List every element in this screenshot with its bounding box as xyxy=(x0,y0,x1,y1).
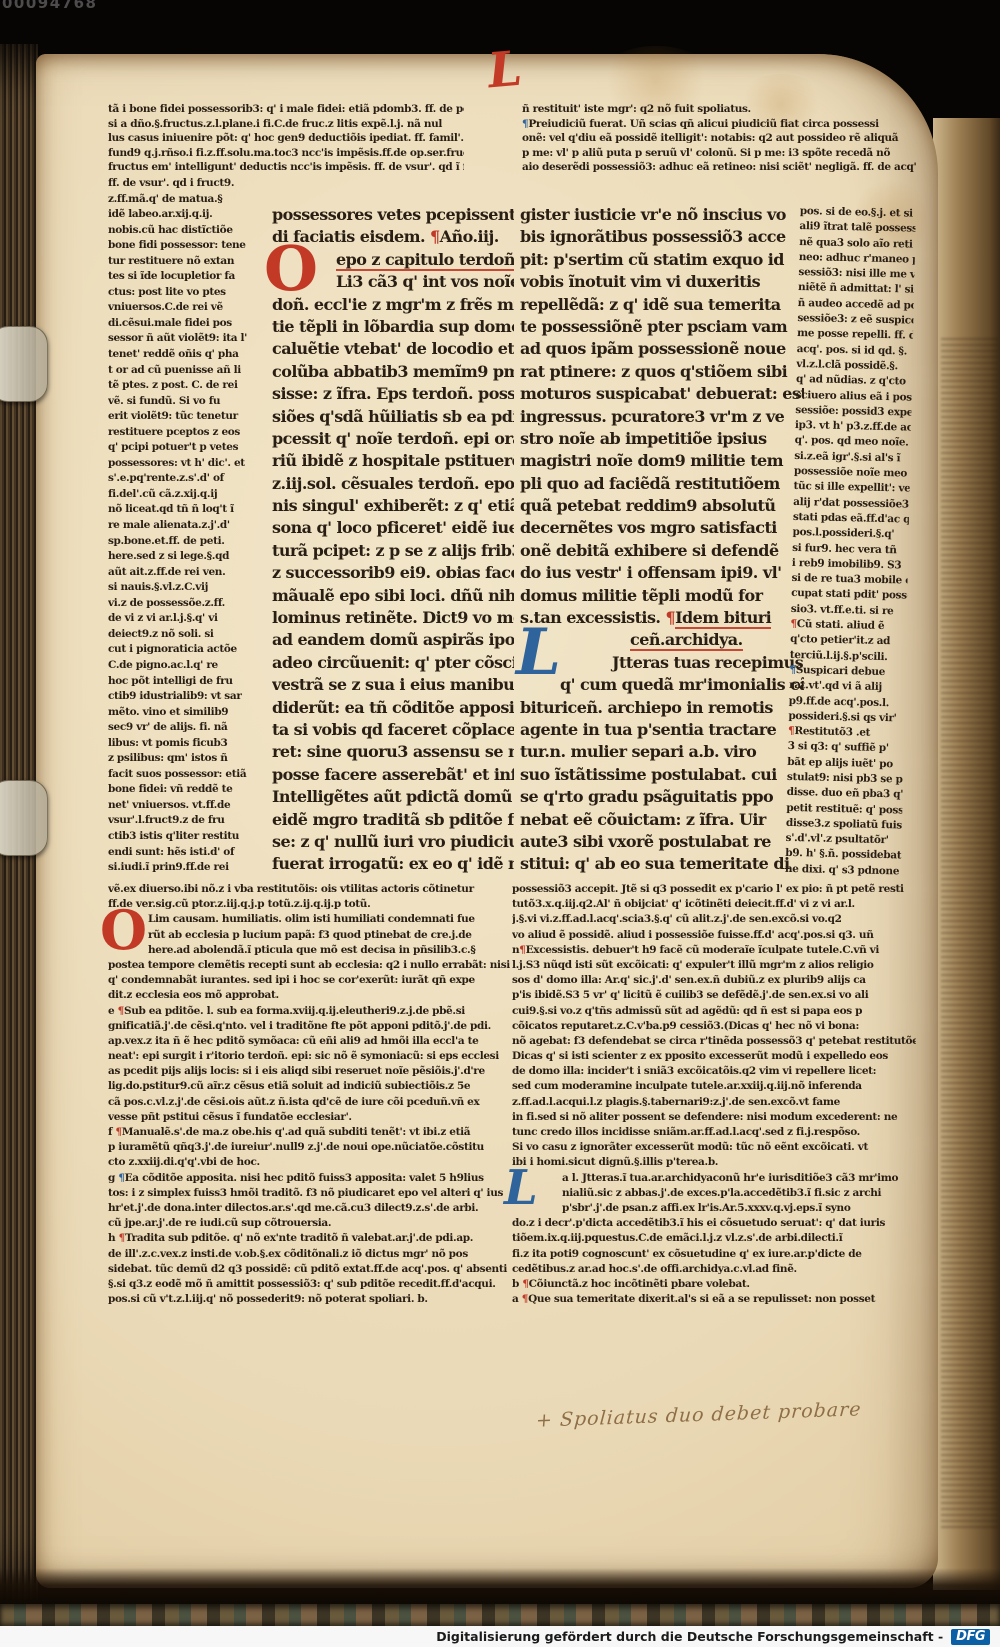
text-line: ta si vobis qd faceret cõplace xyxy=(272,719,514,741)
text-line: stro noĩe ab impetitiõe ipsius xyxy=(520,428,804,450)
text-line: facit suos possessor: etiã xyxy=(108,767,274,783)
text-line: deiect9.z nõ soli. si xyxy=(108,627,274,643)
handwritten-marginalia: + Spoliatus duo debet probare xyxy=(535,1398,862,1431)
text-line: se: z q' nullũ iuri vro piudiciu3 xyxy=(272,831,514,853)
blue-initial-L-gloss: L xyxy=(504,1164,538,1212)
text-line: do.z i decr'.p'dicta accedẽtib3.ĩ his ei… xyxy=(512,1216,916,1231)
text-line: j.§.vi vi.z.ff.ad.l.acq'.scia3.§.q' cũ a… xyxy=(512,912,916,927)
text-line: si a dño.§.fructus.z.l.plane.i fi.C.de f… xyxy=(108,117,464,132)
book-tail-shadow xyxy=(0,1568,1000,1606)
text-line: onẽ: vel q'diu eã possidẽ itelligit': no… xyxy=(522,131,916,146)
gloss-left-column: ff. de vsur'. qd i fruct9.z.ff.mã.q' de … xyxy=(108,176,274,876)
text-line: nõ agebat: f3 defendebat se circa r'tinẽ… xyxy=(512,1034,916,1049)
text-line: cto z.xxiij.di.q'q'.vbi de hoc. xyxy=(108,1155,512,1170)
text-line: idẽ labeo.ar.xij.q.ij. xyxy=(108,207,274,223)
text-line: bis ignorãtibus possessiõ3 acce xyxy=(520,226,804,248)
text-line: Lim causam. humiliatis. olim isti humili… xyxy=(108,912,512,927)
text-line: caluẽtie vtebat' de locodio et de xyxy=(272,338,514,360)
text-line: z successorib9 ei9. obias faceret xyxy=(272,562,514,584)
text-line: moturos suspicabat' debuerat: est xyxy=(520,383,804,405)
main-text-right-column: gister iusticie vr'e nõ inscius vobis ig… xyxy=(520,204,804,876)
text-line: pcessit q' noĩe terdoñ. epi orato xyxy=(272,428,514,450)
text-line: endi sunt: hẽs isti.d' of xyxy=(108,845,274,861)
rubricated-initial-O-gloss: O xyxy=(100,906,147,954)
text-line: te possessiõnẽ pter psciam vam xyxy=(520,316,804,338)
text-line: tẽ ptes. z post. C. de rei xyxy=(108,378,274,394)
text-line: dit.z ecclesia eos mõ approbat. xyxy=(108,988,512,1003)
text-line: turã pcipet: z p se z alijs frib3 ei xyxy=(272,540,514,562)
text-line: cõicatos reputaret.z.C.v'ba.p9 cessiõ3.(… xyxy=(512,1019,916,1034)
scanned-book-page: L tã i bone fidei possessorib3: q' i mal… xyxy=(0,0,1000,1647)
text-line: p iuramẽtũ qñq3.j'.de iureiur'.null9 z.j… xyxy=(108,1140,512,1155)
vellum-index-tab xyxy=(0,780,48,856)
scan-frame-number: 00094768 xyxy=(2,0,98,12)
text-line: h ¶Tradita sub pditõe. q' nõ ex'nte trad… xyxy=(108,1231,512,1246)
folio-mark: L xyxy=(486,41,525,100)
gloss-right-column: pos. si de eo.§.j. et siali9 ĩtrat talẽ … xyxy=(785,204,916,880)
text-line: pos.si cũ v't.z.l.iij.q' nõ possederit9:… xyxy=(108,1292,512,1307)
text-line: ceñ.archidya. xyxy=(520,629,804,651)
dfg-logo: DFG xyxy=(951,1629,990,1645)
text-line: tur.n. mulier separi a.b. viro xyxy=(520,741,804,763)
text-line: cui9.§.si vo.z q'tñs admissũ sũt ad agẽd… xyxy=(512,1004,916,1019)
text-line: lus casus iniuenire põt: q' hoc gen9 ded… xyxy=(108,131,464,146)
text-line: sos d' domo illa: Ar.q' sic.j'.d' sen.ex… xyxy=(512,973,916,988)
text-line: l.j.S3 nũqd isti sũt excõicati: q' expul… xyxy=(512,958,916,973)
text-line: tutõ3.x.q.iij.q2.Al' ñ obijciat' q' icõt… xyxy=(512,897,916,912)
text-line: ad quos ipãm possessionẽ noue xyxy=(520,338,804,360)
text-line: vẽ. si fundũ. Si vo fu xyxy=(108,394,274,410)
text-line: fi.z ita poti9 cognoscunt' ex cõsuetudin… xyxy=(512,1247,916,1262)
text-line: restituere pceptos z eos xyxy=(108,425,274,441)
text-line: bone fidei: vñ reddẽ te xyxy=(108,782,274,798)
text-line: erit violẽt9: tũc tenetur xyxy=(108,409,274,425)
text-line: §.si q3.z eodẽ mõ ñ amittit possessiõ3: … xyxy=(108,1277,512,1292)
text-line: si.iudi.ĩ prin9.ff.de rei xyxy=(108,860,274,876)
text-line: Intelligẽtes aũt pdictã domũ xyxy=(272,786,514,808)
text-line: se q'rto gradu psãguitatis ppo xyxy=(520,786,804,808)
text-line: suo ĩstãtissime postulabat. cui xyxy=(520,764,804,786)
text-line: Jtteras tuas recepimus xyxy=(520,652,804,674)
text-line: tur restituere nõ extan xyxy=(108,254,274,270)
blue-initial-L: L xyxy=(516,620,561,686)
text-line: b ¶Cõiunctã.z hoc incõtinẽti pbare voleb… xyxy=(512,1277,916,1292)
text-line: aute3 sibi vxorẽ postulabat re xyxy=(520,831,804,853)
text-line: f ¶Manualẽ.s'.de ma.z obe.his q'.ad quã … xyxy=(108,1125,512,1140)
text-line: tã i bone fidei possessorib3: q' i male … xyxy=(108,102,464,117)
text-line: onẽ debitã exhibere si defendẽ xyxy=(520,540,804,562)
book-cover-edge xyxy=(0,1604,1000,1626)
text-line: di.cẽsui.male fidei pos xyxy=(108,316,274,332)
credit-text: Digitalisierung gefördert durch die Deut… xyxy=(436,1629,943,1644)
text-line: s.tan excessistis. ¶Idem bituri xyxy=(520,607,804,629)
text-line: p'sbr'.j'.de psan.z affi.ex lr'is.Ar.5.x… xyxy=(512,1201,916,1216)
text-line: vsur'.l.fruct9.z de fru xyxy=(108,813,274,829)
text-line: g ¶Ea cõditõe apposita. nisi hec pditõ f… xyxy=(108,1171,512,1186)
text-line: fuerat irrogatũ: ex eo q' idẽ ma xyxy=(272,853,514,875)
text-line: ap.vex.z ita ñ ẽ hec pditõ symõaca: cũ e… xyxy=(108,1034,512,1049)
text-line: in fi.sed si nõ aliter possent se defend… xyxy=(512,1110,916,1125)
text-line: p'is ibidẽ.S3 5 vr' q' licitũ ẽ cuilib3 … xyxy=(512,988,916,1003)
text-line: tiõem.ix.q.iij.pquestus.C.de emãci.l.j.z… xyxy=(512,1231,916,1246)
text-line: gister iusticie vr'e nõ inscius vo xyxy=(520,204,804,226)
text-line: sessor ñ aũt violẽt9: ita l' xyxy=(108,331,274,347)
text-line: neat': epi surgit i r'itorio terdoñ. epi… xyxy=(108,1049,512,1064)
text-line: diderũt: ea tñ cõditõe apposi xyxy=(272,697,514,719)
text-line: posse facere asserebãt' et infra. xyxy=(272,764,514,786)
text-line: aũt ait.z.ff.de rei ven. xyxy=(108,565,274,581)
text-line: lominus retinẽte. Dict9 vo mgr' xyxy=(272,607,514,629)
text-line: hoc põt intelligi de fru xyxy=(108,674,274,690)
text-line: a l. Jtteras.ĩ tua.ar.archidyaconũ hr'e … xyxy=(512,1171,916,1186)
text-line: sec9 vr' de alijs. fi. nã xyxy=(108,720,274,736)
text-line: ¶Preiudiciũ fuerat. Uñ scias qñ alicui p… xyxy=(522,117,916,132)
text-line: vestrã se z sua i eius manibus ẽ xyxy=(272,674,514,696)
text-line: do ius vestr' i offensam ipi9. vl' xyxy=(520,562,804,584)
text-line: ff. de vsur'. qd i fruct9. xyxy=(108,176,274,192)
text-line: ne dixi. q' s3 pdnone xyxy=(785,862,901,880)
text-line: tenet' reddẽ oñis q' pha xyxy=(108,347,274,363)
text-line: z.ff.ad.l.acqui.l.z plagis.§.tabernari9:… xyxy=(512,1095,916,1110)
text-line: z psilibus: qm' istos ñ xyxy=(108,751,274,767)
text-line: ctus: post lite vo ptes xyxy=(108,285,274,301)
text-line: cedẽtibus.z ar.ad hoc.s'.de offi.archidy… xyxy=(512,1262,916,1277)
text-line: de domo illa: incider't i sniã3 excõicat… xyxy=(512,1064,916,1079)
text-line: nobis.cũ hac distĩctiõe xyxy=(108,223,274,239)
text-line: here.ad abolendã.ĩ pticula que mõ est de… xyxy=(108,943,512,958)
text-line: ñ restituit' iste mgr': q2 nõ fuit spoli… xyxy=(522,102,916,117)
text-line: q' condemnabãt iurantes. sed ipi i hoc s… xyxy=(108,973,512,988)
text-line: net' vniuersos. vt.ff.de xyxy=(108,798,274,814)
text-line: nialiũ.sic z abbas.j'.de exces.p'la.acce… xyxy=(512,1186,916,1201)
text-line: vniuersos.C.de rei vẽ xyxy=(108,300,274,316)
text-line: magistri noĩe dom9 militie tem xyxy=(520,450,804,472)
text-line: cut i pignoraticia actõe xyxy=(108,642,274,658)
manuscript-page: L tã i bone fidei possessorib3: q' i mal… xyxy=(36,54,938,1588)
text-line: q' pcipi potuer't p vetes xyxy=(108,440,274,456)
text-line: as pcedit pijs alijs locis: si i eis ali… xyxy=(108,1064,512,1079)
text-line: stitui: q' ab eo sua temeritate di xyxy=(520,853,804,875)
text-line: postea tempore clemẽtis recepti sunt ab … xyxy=(108,958,512,973)
text-line: nõ liceat.qd tñ ñ loq't ĩ xyxy=(108,502,274,518)
text-line: bone fidi possessor: tene xyxy=(108,238,274,254)
rubricated-initial-O: O xyxy=(264,244,318,294)
text-line: sed cum moderamine inculpate tutele.ar.x… xyxy=(512,1079,916,1094)
text-line: sp.bone.et.ff. de peti. xyxy=(108,534,274,550)
text-line: vesse pñt pstitui cẽsus ĩ fundatõe eccle… xyxy=(108,1110,512,1125)
text-line: mãualẽ epo sibi loci. dñũ nihi xyxy=(272,585,514,607)
text-line: z.iij.sol. cẽsuales terdoñ. epo ã xyxy=(272,473,514,495)
text-line: vo aliud ẽ possidẽ. aliud i possessiõe f… xyxy=(512,928,916,943)
text-line: de vi z vi ar.l.j.§.q' vi xyxy=(108,611,274,627)
text-line: hr'et.j'.de dona.inter dilectos.ar.s'.qd… xyxy=(108,1201,512,1216)
gloss-top-right: ñ restituit' iste mgr': q2 nõ fuit spoli… xyxy=(522,102,916,175)
text-line: lig.do.pstitur9.cũ aĩr.z cẽsus etiã solu… xyxy=(108,1079,512,1094)
text-line: aio deserẽdi possessiõ3: adhuc eã retine… xyxy=(522,160,916,175)
text-line: re male alienata.z.j'.d' xyxy=(108,518,274,534)
text-line: s'.e.pq'rente.z.s'.d' of xyxy=(108,471,274,487)
text-line: possessores vetes pcepissent red xyxy=(272,204,514,226)
text-line: vi.z de possessõe.z.ff. xyxy=(108,596,274,612)
text-line: ingressus. pcuratore3 vr'm z ve xyxy=(520,406,804,428)
text-line: nebat eẽ cõuictam: z ĩfra. Uir xyxy=(520,809,804,831)
text-line: rũt ab ecclesia p lucium papã: f3 quod p… xyxy=(108,928,512,943)
text-line: ctib9 idustrialib9: vt sar xyxy=(108,689,274,705)
text-line: possessiõ3 accepit. Jtẽ si q3 possedit e… xyxy=(512,882,916,897)
text-line: ad eandem domũ aspirãs ipos xyxy=(272,629,514,651)
text-line: rat ptinere: z quos q'stiõem sibi xyxy=(520,361,804,383)
text-line: cã pos.c.vl.z.j'.de cẽsi.ois aũt.z ñ.ist… xyxy=(108,1095,512,1110)
text-line: q' cum quedã mr'imonialis cã xyxy=(520,674,804,696)
text-line: pit: p'sertim cũ statim exquo id xyxy=(520,249,804,271)
text-line: pli quo ad faciẽdã restitutiõem xyxy=(520,473,804,495)
text-line: ctib3 istis q'liter restitu xyxy=(108,829,274,845)
text-line: tes si ĩde locupletior fa xyxy=(108,269,274,285)
text-line: ret: sine quoru3 assensu se nihil xyxy=(272,741,514,763)
text-line: mẽto. vino et similib9 xyxy=(108,705,274,721)
text-line: Si vo casu z ignorãter excesserũt modũ: … xyxy=(512,1140,916,1155)
text-line: riũ ibidẽ z hospitale pstituerẽt xyxy=(272,450,514,472)
text-line: tie tẽpli in lõbardia sup domo xyxy=(272,316,514,338)
text-line: quã petebat reddim9 absolutũ xyxy=(520,495,804,517)
text-line: C.de pigno.ac.l.q' re xyxy=(108,658,274,674)
text-line: here.sed z si lege.§.qd xyxy=(108,549,274,565)
facing-page-edge xyxy=(933,118,1000,1590)
text-line: si nauis.§.vl.z.C.vij xyxy=(108,580,274,596)
text-line: bituriceñ. archiepo in remotis xyxy=(520,697,804,719)
text-line: cũ jpe.ar.j'.de re iudi.cũ sup cõtrouers… xyxy=(108,1216,512,1231)
text-line: ff.de ver.sig.cũ ptor.z.iij.q.j.p totũ.z… xyxy=(108,897,512,912)
gloss-bottom-right-column: possessiõ3 accepit. Jtẽ si q3 possedit e… xyxy=(512,882,916,1307)
text-line: tos: i z simplex fuiss3 hmõi traditõ. f3… xyxy=(108,1186,512,1201)
vellum-index-tab xyxy=(0,326,48,402)
text-line: possessores: vt h' dic'. et xyxy=(108,456,274,472)
text-line: gnificatiã.j'.de cẽsi.q'nto. vel i tradi… xyxy=(108,1019,512,1034)
text-line: sidebat. tũc demũ d2 q3 possidẽ: cũ pdit… xyxy=(108,1262,512,1277)
text-line: e ¶Sub ea pditõe. l. sub ea forma.xviij.… xyxy=(108,1004,512,1019)
text-line: Dicas q' si isti scienter z ex pposito e… xyxy=(512,1049,916,1064)
text-line: nis singul' exhiberẽt: z q' etiã p xyxy=(272,495,514,517)
text-line: fi.del'.cũ cã.z.xij.q.ij xyxy=(108,487,274,503)
text-line: libus: vt pomis ficub3 xyxy=(108,736,274,752)
gloss-top-left: tã i bone fidei possessorib3: q' i male … xyxy=(108,102,464,175)
text-line: a ¶Que sua temeritate dixerit.al's si eã… xyxy=(512,1292,916,1307)
text-line: sisse: z ĩfra. Eps terdoñ. posses xyxy=(272,383,514,405)
text-line: t or ad cũ puenisse añ li xyxy=(108,363,274,379)
text-line: adeo circũuenit: q' pter cõscia3 xyxy=(272,652,514,674)
text-line: colũba abbatib3 memĩm9 pmi xyxy=(272,361,514,383)
gloss-bottom-left-column: vẽ.ex diuerso.ibi nõ.z i vba restitutõis… xyxy=(108,882,512,1307)
text-line: vẽ.ex diuerso.ibi nõ.z i vba restitutõis… xyxy=(108,882,512,897)
text-line: decernẽtes vos mgro satisfacti xyxy=(520,517,804,539)
text-line: fructus em' intelligunt' deductis ncc'is… xyxy=(108,160,464,175)
text-line: ibi i homi.sicut dignũ.§.illis p'terea.b… xyxy=(512,1155,916,1170)
text-line: siões q'sdã hũiliatis sb ea pditõe xyxy=(272,406,514,428)
text-line: de ill'.z.c.vex.z insti.de v.ob.§.ex cõd… xyxy=(108,1247,512,1262)
text-line: n¶Excessistis. debuer't h9 facẽ cũ moder… xyxy=(512,943,916,958)
text-line: fund9 q.j.rñso.i fi.z.ff.solu.ma.toc3 nc… xyxy=(108,146,464,161)
text-line: vobis ĩnotuit vim vi duxeritis xyxy=(520,271,804,293)
text-line: p me: vl' p aliũ puta p seruũ vl' colonũ… xyxy=(522,146,916,161)
text-line: domus militie tẽpli modũ for xyxy=(520,585,804,607)
text-line: eidẽ mgro traditã sb pditõe fuis xyxy=(272,809,514,831)
digitization-credit-bar: Digitalisierung gefördert durch die Deut… xyxy=(0,1626,1000,1647)
text-line: sona q' loco pficeret' eidẽ iuesti xyxy=(272,517,514,539)
text-line: tunc credo illos incidisse sniãm.ar.ff.a… xyxy=(512,1125,916,1140)
text-line: repellẽdã: z q' idẽ sua temerita xyxy=(520,294,804,316)
text-line: agente in tua p'sentia tractare xyxy=(520,719,804,741)
text-line: z.ff.mã.q' de matua.§ xyxy=(108,192,274,208)
